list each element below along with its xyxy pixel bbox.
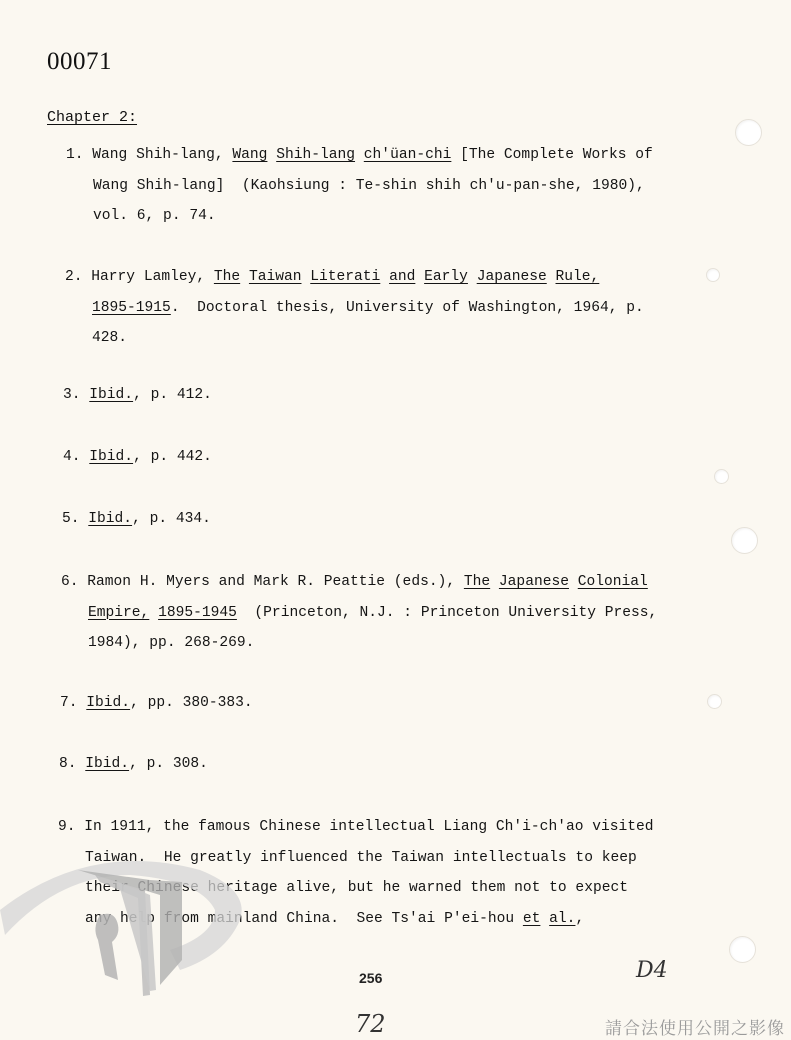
- footnote-text: [540, 911, 549, 927]
- footnote-text: . Doctoral thesis, University of Washing…: [171, 300, 644, 316]
- footnote-text: [468, 269, 477, 285]
- underlined-title-text: Wang: [232, 147, 267, 163]
- footnote-text: , p. 442.: [133, 449, 212, 465]
- underlined-title-text: ch'üan-chi: [364, 147, 452, 163]
- footnote-text: 428.: [92, 330, 127, 346]
- underlined-title-text: The: [464, 574, 490, 590]
- punch-hole: [714, 469, 729, 484]
- footnote-number: 3.: [63, 380, 89, 411]
- underlined-title-text: Ibid.: [88, 511, 132, 527]
- punch-hole: [706, 268, 720, 282]
- footnote-line: 1984), pp. 268-269.: [61, 628, 657, 659]
- footnote-number: 6.: [61, 567, 87, 598]
- footnote-line: 5. Ibid., p. 434.: [62, 504, 211, 535]
- underlined-title-text: Ibid.: [86, 695, 130, 711]
- footnote-8: 8. Ibid., p. 308.: [59, 749, 208, 780]
- punch-hole: [729, 936, 756, 963]
- footnote-text: [301, 269, 310, 285]
- footnote-line: 2. Harry Lamley, The Taiwan Literati and…: [65, 262, 644, 293]
- punch-hole: [735, 119, 762, 146]
- footnote-text: any help from mainland China. See Ts'ai …: [85, 911, 523, 927]
- underlined-title-text: Empire,: [88, 605, 149, 621]
- underlined-title-text: Ibid.: [89, 449, 133, 465]
- footnote-text: [547, 269, 556, 285]
- footnote-text: 1984), pp. 268-269.: [88, 635, 254, 651]
- footnote-7: 7. Ibid., pp. 380-383.: [60, 688, 253, 719]
- footnote-9: 9. In 1911, the famous Chinese intellect…: [58, 812, 654, 934]
- footnote-text: [490, 574, 499, 590]
- footnote-line: Wang Shih-lang] (Kaohsiung : Te-shin shi…: [66, 171, 653, 202]
- footnote-line: Empire, 1895-1945 (Princeton, N.J. : Pri…: [61, 598, 657, 629]
- punch-hole: [707, 694, 722, 709]
- footnote-line: 8. Ibid., p. 308.: [59, 749, 208, 780]
- footnote-line: 6. Ramon H. Myers and Mark R. Peattie (e…: [61, 567, 657, 598]
- footnote-number: 9.: [58, 812, 84, 843]
- footnote-text: , p. 412.: [133, 387, 212, 403]
- footnote-text: , pp. 380-383.: [130, 695, 253, 711]
- footnote-text: , p. 308.: [129, 756, 208, 772]
- footnote-line: 3. Ibid., p. 412.: [63, 380, 212, 411]
- footnote-line: 428.: [65, 323, 644, 354]
- footnote-number: 5.: [62, 504, 88, 535]
- usage-watermark-text: 請合法使用公開之影像: [605, 1014, 785, 1039]
- footnote-number: 1.: [66, 140, 92, 171]
- underlined-title-text: Japanese: [477, 269, 547, 285]
- footnote-line: vol. 6, p. 74.: [66, 201, 653, 232]
- footnote-number: 4.: [63, 442, 89, 473]
- underlined-title-text: Colonial: [578, 574, 648, 590]
- footnote-number: 8.: [59, 749, 85, 780]
- punch-hole: [731, 527, 758, 554]
- footnote-text: [240, 269, 249, 285]
- page-number: 256: [359, 970, 382, 986]
- underlined-title-text: Ibid.: [85, 756, 129, 772]
- footnote-6: 6. Ramon H. Myers and Mark R. Peattie (e…: [61, 567, 657, 659]
- underlined-title-text: Taiwan: [249, 269, 302, 285]
- footnote-text: Ramon H. Myers and Mark R. Peattie (eds.…: [87, 574, 464, 590]
- handwritten-mark-d4: D4: [636, 958, 668, 983]
- chapter-heading: Chapter 2:: [47, 109, 137, 126]
- footnote-line: Taiwan. He greatly influenced the Taiwan…: [58, 843, 654, 874]
- footnote-text: [569, 574, 578, 590]
- underlined-title-text: and: [389, 269, 415, 285]
- underlined-title-text: Rule,: [556, 269, 600, 285]
- underlined-title-text: Ibid.: [89, 387, 133, 403]
- footnote-text: vol. 6, p. 74.: [93, 208, 216, 224]
- underlined-title-text: 1895-1915: [92, 300, 171, 316]
- footnote-line: 1. Wang Shih-lang, Wang Shih-lang ch'üan…: [66, 140, 653, 171]
- underlined-title-text: Literati: [310, 269, 380, 285]
- underlined-title-text: al.: [549, 911, 575, 927]
- underlined-title-text: et: [523, 911, 541, 927]
- underlined-title-text: Early: [424, 269, 468, 285]
- footnote-line: their Chinese heritage alive, but he war…: [58, 873, 654, 904]
- underlined-title-text: Japanese: [499, 574, 569, 590]
- footnote-text: [149, 605, 158, 621]
- footnote-2: 2. Harry Lamley, The Taiwan Literati and…: [65, 262, 644, 354]
- underlined-title-text: The: [214, 269, 240, 285]
- footnote-text: (Princeton, N.J. : Princeton University …: [237, 605, 657, 621]
- footnote-line: any help from mainland China. See Ts'ai …: [58, 904, 654, 935]
- footnote-text: [The Complete Works of: [451, 147, 652, 163]
- footnote-text: , p. 434.: [132, 511, 211, 527]
- footnote-3: 3. Ibid., p. 412.: [63, 380, 212, 411]
- footnote-5: 5. Ibid., p. 434.: [62, 504, 211, 535]
- footnote-text: [267, 147, 276, 163]
- footnote-text: [380, 269, 389, 285]
- footnote-1: 1. Wang Shih-lang, Wang Shih-lang ch'üan…: [66, 140, 653, 232]
- footnote-text: ,: [575, 911, 584, 927]
- chapter-heading-text: Chapter 2:: [47, 109, 137, 126]
- footnote-line: 4. Ibid., p. 442.: [63, 442, 212, 473]
- footnote-4: 4. Ibid., p. 442.: [63, 442, 212, 473]
- footnote-text: [415, 269, 424, 285]
- footnote-text: Wang Shih-lang,: [92, 147, 232, 163]
- footnote-text: [355, 147, 364, 163]
- document-id: 00071: [47, 48, 112, 76]
- footnote-text: their Chinese heritage alive, but he war…: [85, 880, 628, 896]
- footnote-number: 2.: [65, 262, 91, 293]
- handwritten-mark-72: 72: [355, 1010, 386, 1038]
- footnote-number: 7.: [60, 688, 86, 719]
- footnote-line: 7. Ibid., pp. 380-383.: [60, 688, 253, 719]
- document-page: 00071 Chapter 2: 1. Wang Shih-lang, Wang…: [0, 0, 791, 1040]
- underlined-title-text: Shih-lang: [276, 147, 355, 163]
- footnote-text: Wang Shih-lang] (Kaohsiung : Te-shin shi…: [93, 178, 645, 194]
- footnote-line: 9. In 1911, the famous Chinese intellect…: [58, 812, 654, 843]
- footnote-text: Harry Lamley,: [91, 269, 214, 285]
- underlined-title-text: 1895-1945: [158, 605, 237, 621]
- footnote-text: Taiwan. He greatly influenced the Taiwan…: [85, 850, 637, 866]
- footnote-text: In 1911, the famous Chinese intellectual…: [84, 819, 653, 835]
- footnote-line: 1895-1915. Doctoral thesis, University o…: [65, 293, 644, 324]
